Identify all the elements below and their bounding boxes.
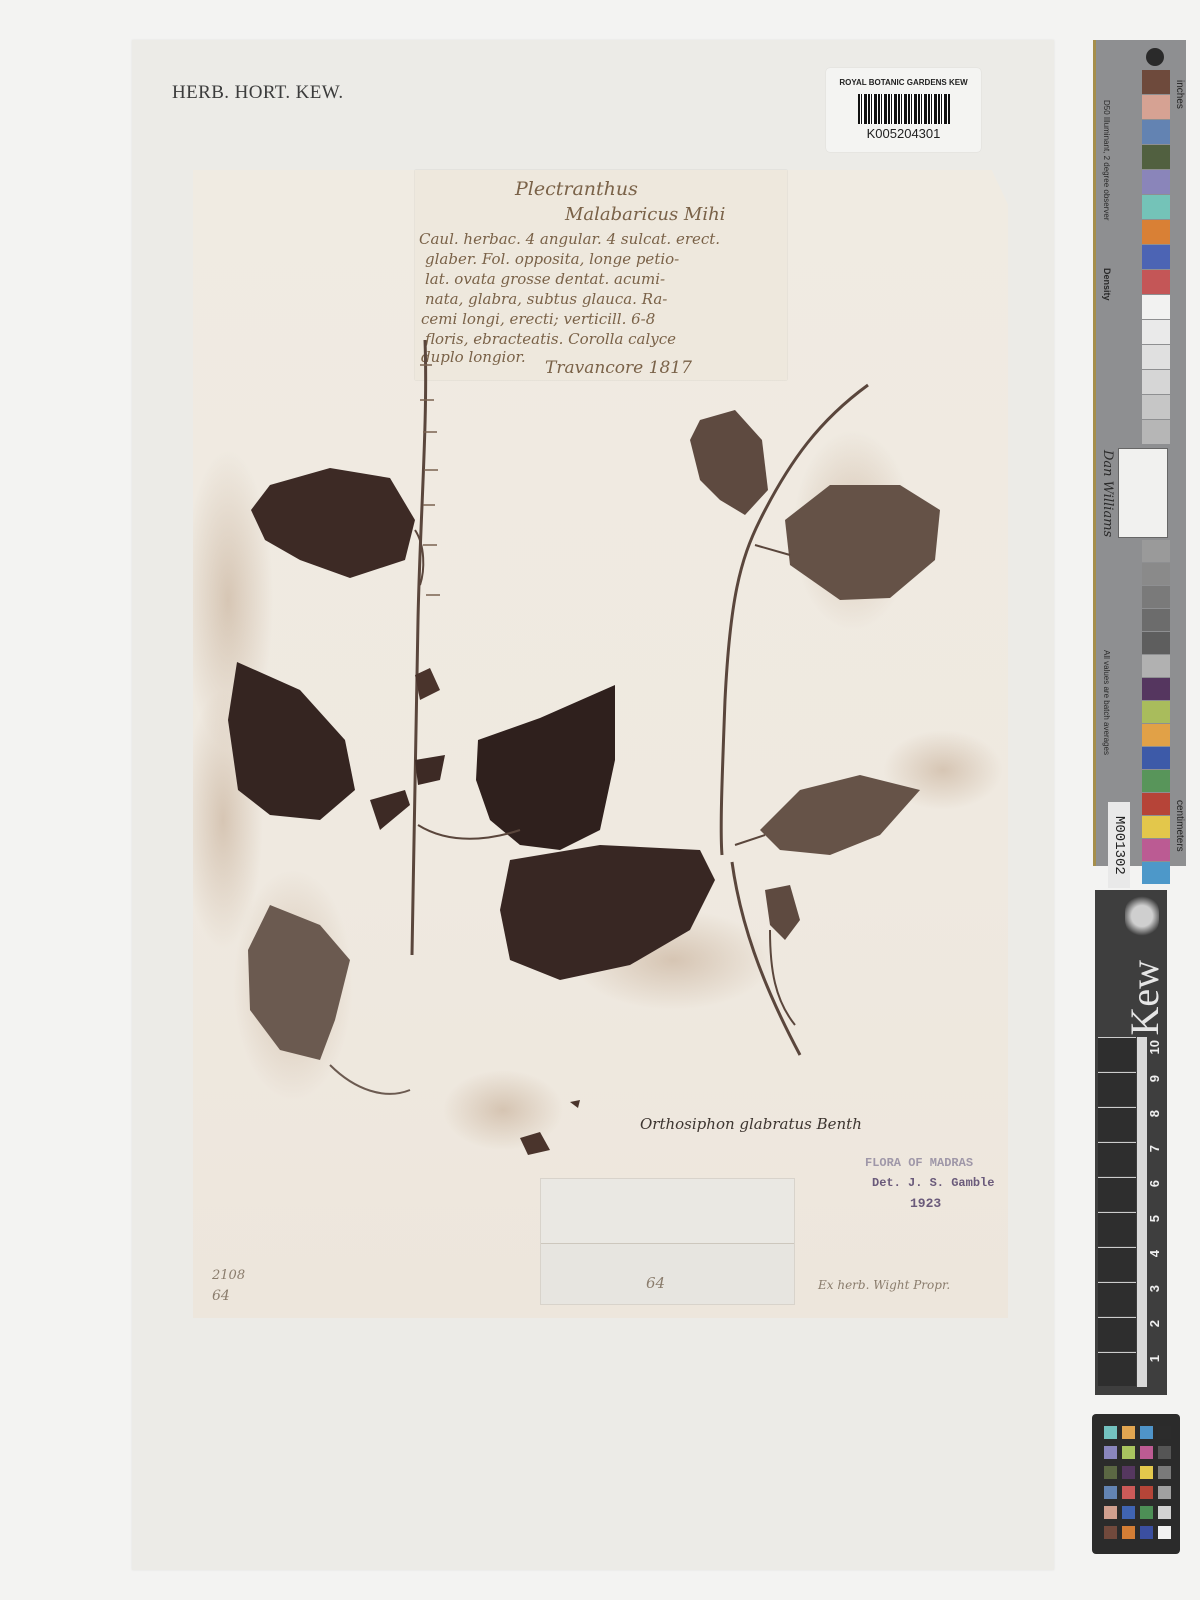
- stamp-year: 1923: [910, 1196, 941, 1211]
- checker-cell: [1158, 1446, 1171, 1459]
- color-swatch: [1142, 540, 1170, 562]
- determination-handwritten: Orthosiphon glabratus Benth: [640, 1115, 862, 1133]
- checker-cell: [1140, 1506, 1153, 1519]
- checker-cell: [1158, 1526, 1171, 1539]
- fragment-envelope: 64: [540, 1178, 795, 1305]
- color-swatch: [1142, 747, 1170, 769]
- color-swatch: [1142, 724, 1170, 746]
- checker-cell: [1104, 1506, 1117, 1519]
- checker-cell: [1122, 1426, 1135, 1439]
- scale-tick: [1098, 1072, 1136, 1106]
- color-swatch: [1142, 145, 1170, 169]
- color-swatch: [1142, 345, 1170, 369]
- batch-note: All values are batch averages: [1102, 650, 1111, 755]
- checker-cell: [1158, 1426, 1171, 1439]
- color-swatch: [1142, 70, 1170, 94]
- envelope-number: 64: [646, 1274, 665, 1292]
- checker-cell: [1122, 1486, 1135, 1499]
- checker-cell: [1122, 1466, 1135, 1479]
- color-swatch: [1142, 839, 1170, 861]
- checker-cell: [1140, 1466, 1153, 1479]
- envelope-flap: [541, 1179, 794, 1244]
- stamp-determiner: Det. J. S. Gamble: [872, 1176, 994, 1190]
- checker-cell: [1122, 1526, 1135, 1539]
- pressed-plant-specimen: [0, 0, 1200, 1600]
- scale-tick: [1098, 1352, 1136, 1386]
- color-swatch: [1142, 563, 1170, 585]
- accession-number: 2108: [212, 1268, 245, 1283]
- checker-cell: [1158, 1486, 1171, 1499]
- checker-cell: [1104, 1446, 1117, 1459]
- kew-scale-bar: Kew 10987654321: [1095, 890, 1167, 1395]
- scale-number: 8: [1147, 1110, 1163, 1117]
- bar-hole: [1146, 48, 1164, 66]
- checker-cell: [1140, 1486, 1153, 1499]
- color-swatch: [1142, 862, 1170, 884]
- color-swatch: [1142, 170, 1170, 194]
- scale-rail: [1137, 1037, 1147, 1387]
- checker-cell: [1104, 1526, 1117, 1539]
- provenance-note: Ex herb. Wight Propr.: [818, 1278, 950, 1292]
- color-swatch: [1142, 420, 1170, 444]
- color-swatch: [1142, 586, 1170, 608]
- color-calibration-bar: inches centimeters D50 Illuminant, 2 deg…: [1093, 40, 1186, 866]
- checker-cell: [1140, 1446, 1153, 1459]
- checker-cell: [1104, 1486, 1117, 1499]
- scale-tick: [1098, 1317, 1136, 1351]
- scale-tick: [1098, 1107, 1136, 1141]
- kew-logo: Kew: [1121, 960, 1168, 1036]
- inches-label: inches: [1174, 80, 1185, 109]
- checker-cell: [1122, 1446, 1135, 1459]
- color-swatch: [1142, 95, 1170, 119]
- centimeters-label: centimeters: [1174, 800, 1185, 852]
- checker-cell: [1140, 1426, 1153, 1439]
- scale-number: 2: [1147, 1320, 1163, 1327]
- color-swatch: [1142, 395, 1170, 419]
- scale-number: 3: [1147, 1285, 1163, 1292]
- color-swatch: [1142, 793, 1170, 815]
- scale-number: 5: [1147, 1215, 1163, 1222]
- checker-cell: [1140, 1526, 1153, 1539]
- scale-tick: [1098, 1282, 1136, 1316]
- checker-cell: [1158, 1506, 1171, 1519]
- scale-number: 7: [1147, 1145, 1163, 1152]
- color-swatch: [1142, 245, 1170, 269]
- scale-tick: [1098, 1037, 1136, 1071]
- scale-tick: [1098, 1142, 1136, 1176]
- scale-number: 6: [1147, 1180, 1163, 1187]
- scale-number: 1: [1147, 1355, 1163, 1362]
- color-checker-card: [1092, 1414, 1180, 1554]
- color-swatch: [1142, 270, 1170, 294]
- grey-target: [1118, 448, 1168, 538]
- color-swatch: [1142, 295, 1170, 319]
- density-label: Density: [1102, 268, 1112, 301]
- crest-icon: [1125, 896, 1159, 936]
- bar-code-label: M001302: [1108, 802, 1130, 888]
- scale-number: 9: [1147, 1075, 1163, 1082]
- brand-label: Dan Williams: [1100, 450, 1115, 537]
- checker-cell: [1158, 1466, 1171, 1479]
- scale-tick: [1098, 1212, 1136, 1246]
- color-swatch: [1142, 220, 1170, 244]
- stamp-flora: FLORA OF MADRAS: [865, 1156, 973, 1170]
- accession-subnumber: 64: [212, 1288, 230, 1304]
- scale-tick: [1098, 1177, 1136, 1211]
- color-swatch: [1142, 195, 1170, 219]
- color-swatch: [1142, 678, 1170, 700]
- color-swatch: [1142, 701, 1170, 723]
- color-swatch: [1142, 370, 1170, 394]
- scale-number: 4: [1147, 1250, 1163, 1257]
- scale-ticks: [1098, 1037, 1138, 1387]
- color-swatch: [1142, 632, 1170, 654]
- checker-cell: [1104, 1426, 1117, 1439]
- color-swatch: [1142, 770, 1170, 792]
- color-swatch: [1142, 120, 1170, 144]
- color-swatch: [1142, 609, 1170, 631]
- illuminant-note: D50 Illuminant, 2 degree observer: [1102, 100, 1111, 221]
- scale-numbers: 10987654321: [1147, 1040, 1163, 1385]
- color-swatch: [1142, 320, 1170, 344]
- color-swatch: [1142, 816, 1170, 838]
- checker-cell: [1122, 1506, 1135, 1519]
- scale-tick: [1098, 1247, 1136, 1281]
- checker-cell: [1104, 1466, 1117, 1479]
- color-swatch: [1142, 655, 1170, 677]
- scale-number: 10: [1147, 1040, 1163, 1054]
